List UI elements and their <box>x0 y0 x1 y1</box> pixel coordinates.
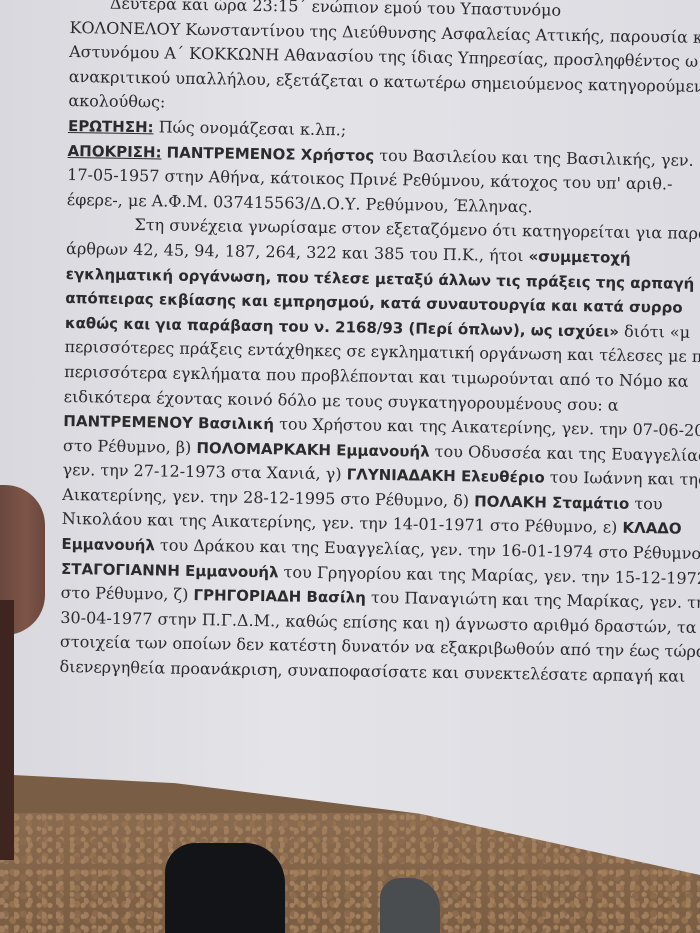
co-defendant-name: ΠΑΝΤΡΕΜΕΝΟΥ Βασιλική <box>63 412 274 433</box>
co-defendant-text: του Οδυσσέα και της Ευαγγελίας, <box>430 441 700 464</box>
defendant-name: ΠΑΝΤΡΕΜΕΝΟΣ Χρήστος <box>166 143 374 164</box>
paper-sheet: Δευτέρα και ώρα 23:15΄ ενώπιον εμού του … <box>0 0 700 875</box>
co-defendant-name: ΓΡΗΓΟΡΙΑΔΗ Βασίλη <box>193 586 366 607</box>
co-defendant-name: ΚΛΑΔΟ <box>622 519 681 538</box>
co-defendant-name: ΠΟΛΟΜΑΡΚΑΚΗ Εμμανουήλ <box>196 439 430 461</box>
co-defendant-text: στο Ρέθυμνο, ζ) <box>61 583 194 604</box>
document-text: Δευτέρα και ώρα 23:15΄ ενώπιον εμού του … <box>59 0 700 690</box>
co-defendant-name: Εμμανουήλ <box>61 535 155 554</box>
co-defendant-text: Αικατερίνης, γεν. την 28-12-1995 στο Ρέθ… <box>62 485 474 510</box>
co-defendant-name: ΓΛΥΝΙΑΔΑΚΗ Ελευθέριο <box>346 466 544 487</box>
charges-text: άρθρων 42, 45, 94, 187, 264, 322 και 385… <box>66 239 529 265</box>
question-text: Πώς ονομάζεσαι κ.λπ.; <box>159 117 347 139</box>
dark-shoe <box>165 843 285 933</box>
co-defendant-text: του Παναγιώτη και της Μαρίκας, γεν. την <box>366 588 700 612</box>
answer-text: του Βασιλείου και της Βασιλικής, γεν. <box>379 145 694 169</box>
co-defendant-name: ΣΤΑΓΟΓΙΑΝΝΗ Εμμανουήλ <box>61 560 279 581</box>
co-defendant-text: στο Ρέθυμνο, β) <box>63 436 197 457</box>
hand-edge <box>0 600 14 860</box>
charges-text: διότι «μ <box>619 321 690 341</box>
co-defendant-text: του Ιωάννη και της <box>545 468 700 490</box>
co-defendant-text: γεν. την 27-12-1973 στα Χανιά, γ) <box>62 460 346 483</box>
answer-label: ΑΠΟΚΡΙΣΗ: <box>67 142 161 161</box>
co-defendant-text: του Γρηγορίου και της Μαρίας, γεν. την 1… <box>278 562 700 588</box>
co-defendant-name: ΠΟΛΑΚΗ Σταμάτιο <box>474 492 629 512</box>
charges-bold: «συμμετοχή <box>528 247 630 267</box>
grey-shoe <box>380 878 440 933</box>
co-defendant-text: του <box>629 494 663 514</box>
co-defendant-text: του Χρήστου και της Αικατερίνης, γεν. τη… <box>274 414 700 440</box>
question-label: ΕΡΩΤΗΣΗ: <box>68 117 154 136</box>
